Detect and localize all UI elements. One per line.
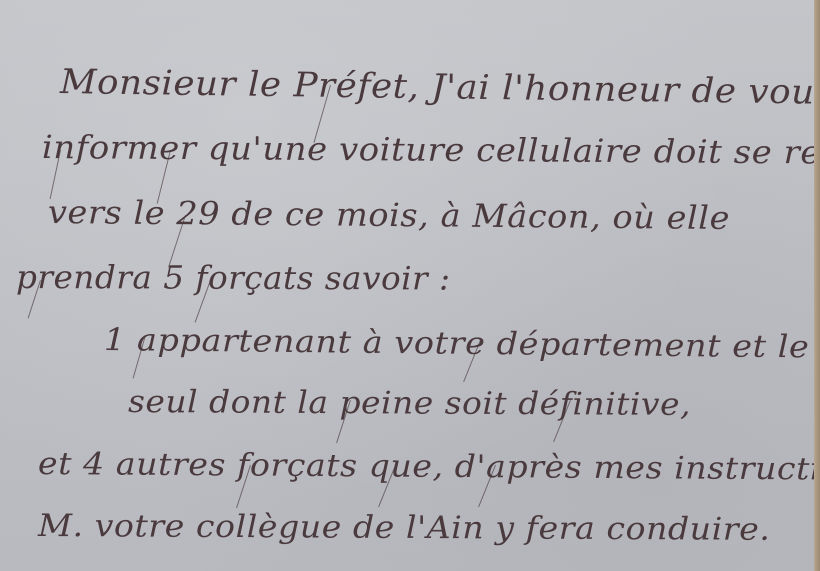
letter-page: Monsieur le Préfet, J'ai l'honneur de vo… [0,0,820,571]
paper-edge [814,0,820,571]
letter-line-3: vers le 29 de ce mois, à Mâcon, où elle [48,193,730,237]
letter-line-2: informer qu'une voiture cellulaire doit … [42,128,820,172]
letter-line-1: Monsieur le Préfet, J'ai l'honneur de vo… [60,62,820,113]
letter-line-6: seul dont la peine soit définitive, [128,384,691,423]
letter-line-5: 1 appartenant à votre département et le [104,322,810,365]
letter-line-7: et 4 autres forçats que, d'après mes ins… [38,446,820,488]
letter-line-4: prendra 5 forçats savoir : [16,258,451,298]
letter-line-8: M. votre collègue de l'Ain y fera condui… [38,508,771,548]
